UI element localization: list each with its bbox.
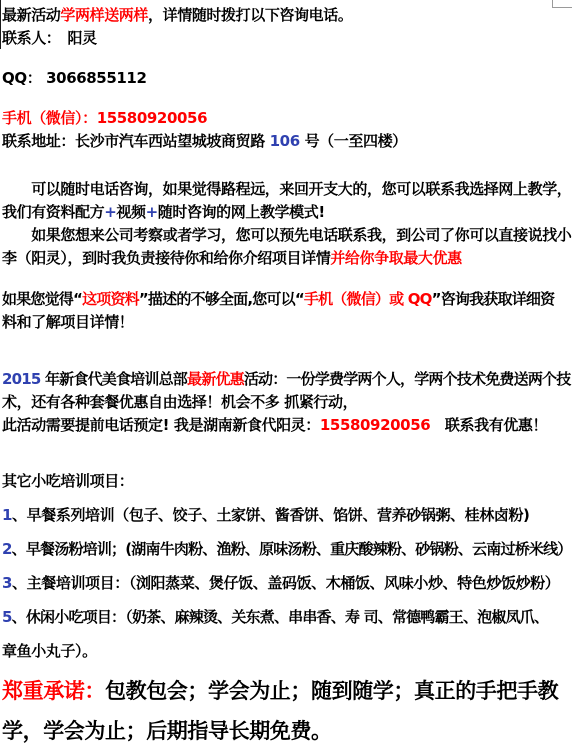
textbox-corner-artifact	[552, 0, 572, 8]
spacer	[2, 90, 572, 107]
promo-l3-a: 此活动需要提前电话预定! 我是湖南新食代阳灵：	[2, 416, 320, 434]
para-material-line1: 如果您觉得“这项资料”描述的不够全面,您可以“手机（微信）或 QQ”咨询我获取详…	[2, 288, 572, 311]
promo-l3-b: 联系我有优惠！	[430, 416, 547, 434]
para-online-l2-pre: 我们有资料配方	[2, 203, 104, 221]
address-line: 联系地址：长沙市汽车西站望城坡商贸路 106 号（一至四楼）	[2, 130, 572, 153]
plus-sign: +	[104, 203, 116, 221]
para-online-l2-mid: 视频	[116, 203, 145, 221]
para-visit-l2-pre: 李（阳灵），到时我负责接待你和给你介绍项目详情	[2, 249, 330, 267]
promise-line1-rest: 包教包会；学会为止；随到随学；真正的手把手教	[105, 679, 558, 703]
promise-label: 郑重承诺：	[2, 679, 105, 703]
promo-line1: 2015 年新食代美食培训总部最新优惠活动：一份学费学两个人，学两个技术免费送两…	[2, 368, 572, 391]
spacer	[2, 663, 572, 671]
promise-line2: 学，学会为止；后期指导长期免费。	[2, 711, 572, 751]
para-visit-line1: 如果您想来公司考察或者学习，您可以预先电话联系我，到公司了你可以直接说找小	[2, 224, 572, 247]
para-material-line2: 料和了解项目详情！	[2, 311, 572, 334]
address-number: 106	[270, 132, 300, 150]
para-online-l2-post: 随时咨询的网上教学模式!	[158, 203, 325, 221]
headline-highlight: 学两样送两样	[60, 6, 148, 24]
headline-pre: 最新活动	[2, 6, 60, 24]
contact-line: 联系人： 阳灵	[2, 27, 572, 50]
phone-line: 手机（微信）：15580920056	[2, 107, 572, 130]
para-material-highlight2: 手机（微信）或 QQ	[304, 290, 432, 308]
list-item-2-text: 、早餐汤粉培训；(湖南牛肉粉、渔粉、原味汤粉、重庆酸辣粉、砂锅粉、云南过桥米线）	[12, 540, 572, 558]
para-material-l1-c: ”咨询我获取详细资	[432, 290, 555, 308]
promo-year: 2015	[2, 370, 41, 388]
list-item-5-continuation: 章鱼小丸子）。	[2, 640, 572, 663]
spacer	[2, 334, 572, 368]
para-material-l1-a: 如果您觉得“	[2, 290, 82, 308]
para-material-l1-b: ”描述的不够全面,您可以“	[139, 290, 304, 308]
para-visit-l2-highlight: 并给你争取最大优惠	[330, 249, 461, 267]
address-post: 号（一至四楼）	[300, 132, 407, 150]
promo-l1-b: 活动：一份学费学两个人，学两个技术免费送两个技	[244, 370, 571, 388]
list-item-1-text: 、早餐系列培训（包子、饺子、土家饼、酱香饼、馅饼、营养砂锅粥、桂林卤粉)	[12, 506, 529, 524]
promo-l1-highlight: 最新优惠	[187, 370, 244, 388]
qq-line: QQ： 3066855112	[2, 67, 572, 90]
plus-sign: +	[146, 203, 158, 221]
headline-post: ，详情随时拨打以下咨询电话。	[148, 6, 352, 24]
promise-line1: 郑重承诺：包教包会；学会为止；随到随学；真正的手把手教	[2, 671, 572, 711]
list-item-1-number: 1	[2, 506, 12, 524]
list-item-1: 1、早餐系列培训（包子、饺子、土家饼、酱香饼、馅饼、营养砂锅粥、桂林卤粉)	[2, 504, 572, 527]
list-item-5: 5、休闲小吃项目：（奶茶、麻辣烫、关东煮、串串香、寿 司、常德鸭霸王、泡椒凤爪、	[2, 606, 572, 629]
spacer	[2, 50, 572, 67]
spacer	[2, 270, 572, 288]
spacer	[2, 437, 572, 470]
list-item-3: 3、主餐培训项目：（浏阳蒸菜、煲仔饭、盖码饭、木桶饭、风味小炒、特色炒饭炒粉）	[2, 572, 572, 595]
list-item-3-text: 、主餐培训项目：（浏阳蒸菜、煲仔饭、盖码饭、木桶饭、风味小炒、特色炒饭炒粉）	[12, 574, 559, 592]
list-header: 其它小吃培训项目：	[2, 470, 572, 493]
left-edge-artifact	[0, 0, 1, 49]
list-item-5-text: 、休闲小吃项目：（奶茶、麻辣烫、关东煮、串串香、寿 司、常德鸭霸王、泡椒凤爪、	[12, 608, 549, 626]
para-online-line1: 可以随时电话咨询，如果觉得路程远，来回开支大的，您可以联系我选择网上教学，	[2, 178, 572, 201]
para-material-highlight1: 这项资料	[82, 290, 139, 308]
address-pre: 联系地址：长沙市汽车西站望城坡商贸路	[2, 132, 270, 150]
list-item-3-number: 3	[2, 574, 12, 592]
promo-phone: 15580920056	[320, 416, 430, 434]
list-item-2: 2、早餐汤粉培训；(湖南牛肉粉、渔粉、原味汤粉、重庆酸辣粉、砂锅粉、云南过桥米线…	[2, 538, 572, 561]
para-online-line2: 我们有资料配方+视频+随时咨询的网上教学模式!	[2, 201, 572, 224]
list-item-5-number: 5	[2, 608, 12, 626]
headline: 最新活动学两样送两样，详情随时拨打以下咨询电话。	[2, 4, 572, 27]
promo-line2: 术，还有各种套餐优惠自由选择！机会不多 抓紧行动，	[2, 391, 572, 414]
para-visit-line2: 李（阳灵），到时我负责接待你和给你介绍项目详情并给你争取最大优惠	[2, 247, 572, 270]
promo-line3: 此活动需要提前电话预定! 我是湖南新食代阳灵：15580920056 联系我有优…	[2, 414, 572, 437]
list-item-2-number: 2	[2, 540, 12, 558]
promo-l1-a: 年新食代美食培训总部	[41, 370, 187, 388]
spacer	[2, 153, 572, 178]
